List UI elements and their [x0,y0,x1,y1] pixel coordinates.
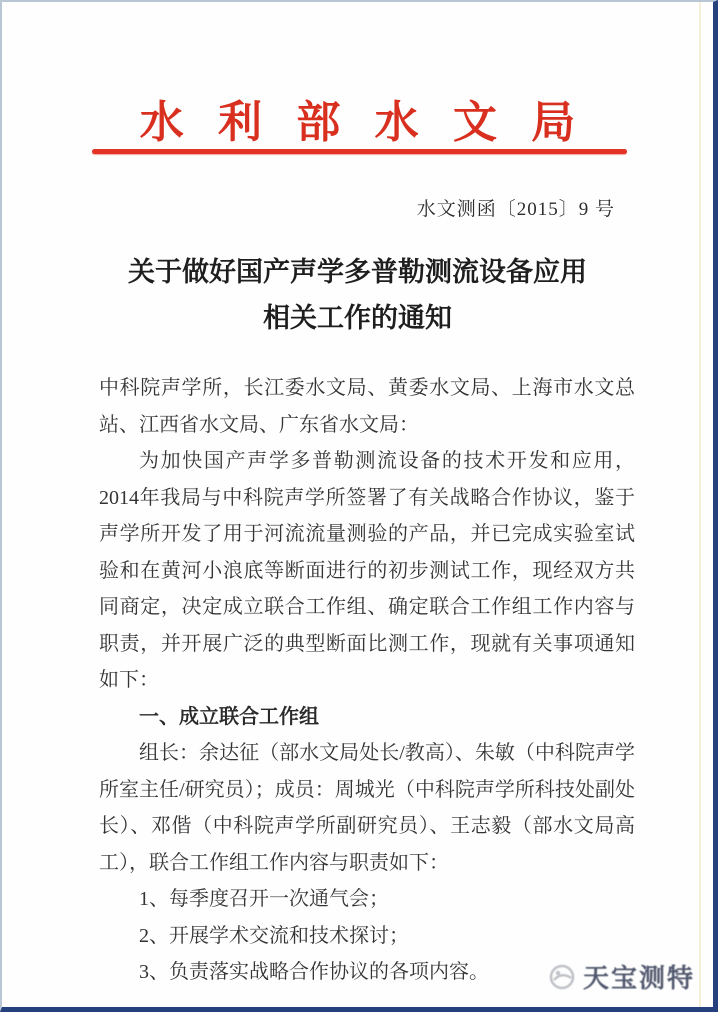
document-title: 关于做好国产声学多普勒测流设备应用 相关工作的通知 [42,249,673,341]
scanned-document-page: 水利部水文局 水文测函〔2015〕9 号 关于做好国产声学多普勒测流设备应用 相… [0,0,718,1012]
issuing-org-title: 水利部水文局 [2,86,713,150]
recipients-line: 中科院声学所，长江委水文局、黄委水文局、上海市水文总站、江西省水文局、广东省水文… [99,370,635,443]
intro-paragraph: 为加快国产声学多普勒测流设备的技术开发和应用，2014年我局与中科院声学所签署了… [99,443,635,699]
publisher-watermark: 天宝测特 [548,958,695,995]
document-title-line1: 关于做好国产声学多普勒测流设备应用 [42,249,673,295]
team-paragraph: 组长：余达征（部水文局处长/教高）、朱敏（中科院声学所室主任/研究员）；成员：周… [99,735,635,881]
list-item: 1、每季度召开一次通气会； [99,881,635,918]
scan-artifact-line [699,2,701,1007]
document-body: 中科院声学所，长江委水文局、黄委水文局、上海市水文总站、江西省水文局、广东省水文… [99,370,635,991]
document-number: 水文测函〔2015〕9 号 [417,194,615,221]
document-title-line2: 相关工作的通知 [42,295,673,341]
header-red-rule [92,149,627,154]
section-1-heading: 一、成立联合工作组 [99,699,635,736]
watermark-logo-icon [548,963,576,991]
list-item: 2、开展学术交流和技术探讨； [99,918,635,955]
watermark-text: 天宝测特 [583,958,695,995]
